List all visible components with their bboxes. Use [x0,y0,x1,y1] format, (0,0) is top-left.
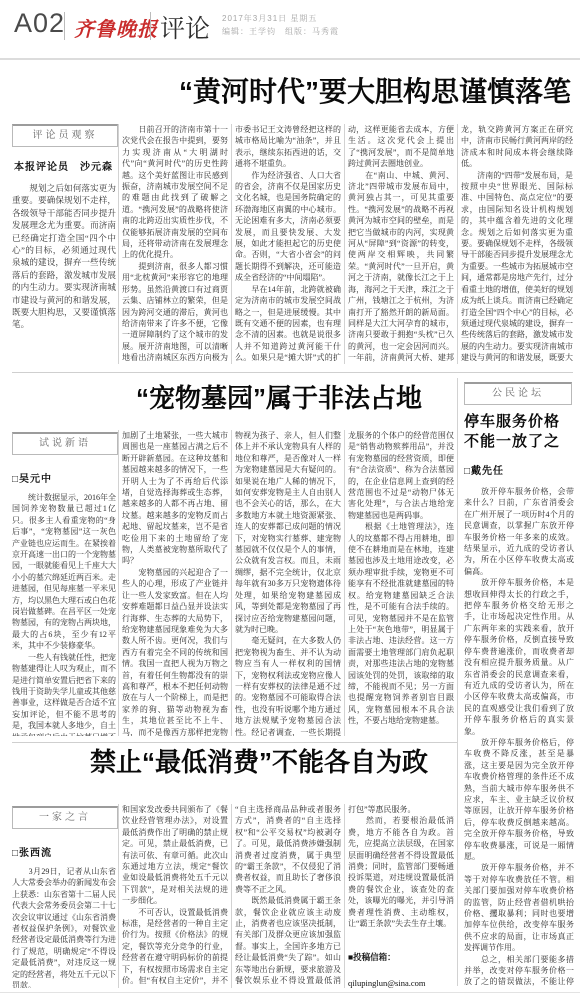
submission-box: ■投稿信箱： qilupinglun@sina.com [348,938,458,990]
column-rule [344,124,345,364]
column-rule [118,124,119,364]
column-rule [231,430,232,736]
headline-parking-price: 停车服务价格 不能一放了之 [464,412,574,453]
byline-minimum: □张西流 [12,844,52,859]
section-separator [12,742,457,743]
article-column: 统计数据显示，2016年全国饲养宠物数量已超过1亿只。很多主人看重宠物的“身后事… [12,492,116,736]
article-column: 市委书记王文涛曾经把这样的城市格局比喻为“油条”，并且表示，继续东拓西进的话，交… [235,124,341,364]
header-rule [0,58,580,60]
section-title: 评论 [160,9,210,45]
article-column: 和国家发改委共同颁布了《餐饮业经营管理办法》，对设置最低消费作出了明确的禁止规定… [122,804,228,988]
section-separator [12,372,573,373]
article-summary: 规划之后如何落实更为重要。要确保规划不走样，各级领导干部能否同步提升发展理念尤为… [12,182,116,364]
article-column: 动，这样更能省去成本，方便生活。这次党代会上提出了“携河发展”，而不是简单地跨过… [348,124,454,364]
article-column: 龙服务的个体户的经营范围仅是“销售动物殡葬用品”，并没有宠物墓园的经营资质，即便… [348,430,454,736]
column-rule [118,804,119,988]
header-divider [150,12,151,40]
article-column: 放开停车服务价格，会带来什么？日前，广东省消委会在广州开展了一项历时4个月的民意… [464,486,574,986]
column-rule [231,124,232,364]
article-column: “自主选择商品品种或者服务方式”，消费者的“自主选择权”和“公平交易权”均被剥夺… [235,804,341,988]
date-line: 2017年3月31日 星期五 [222,13,317,24]
headline-pet-cemetery: “宠物墓园”属于非法占地 [100,384,458,414]
headline-yellow-river: “黄河时代”要大胆构思谨慎落笔 [175,76,575,108]
kicker-new-words: 试说新语 [12,432,118,455]
submission-label: ■投稿信箱： [348,952,396,962]
column-rule [118,430,119,736]
article-column: 日前召开的济南市第十一次党代会在报告中提到，要努力实现济南从“大明湖时代”向“黄… [122,124,228,364]
headline-minimum-charge: 禁止“最低消费”不能各自为政 [60,748,458,778]
article-column: 龙，轨交跨黄河方案正在研究中，济南市民畅行黄河两岸的经济成本和时间成本将会继续降… [461,124,573,364]
staff-line: 编辑：王学钧 组版：马秀霞 [222,26,339,37]
kicker-citizen-forum: 公民论坛 [464,382,572,405]
byline-main: 本报评论员 沙元森 [14,158,113,173]
article-column: 加剧了土地紧张，一些大城市周围也是一座墓园占满之后不断开辟新墓园。在这种坟墓和墓… [122,430,228,736]
byline-parking: □戴先任 [464,462,504,477]
byline-pet: □吴元中 [12,470,52,485]
kicker-commentator-observation: 评论员观察 [12,124,118,147]
rail-rule [457,378,458,986]
masthead-logo: 齐鲁晚报 [74,13,158,42]
column-rule [344,804,345,988]
article-column: 打包”等惠民服务。 然而，若要根治最低消费，地方不能各自为政。首先，应提高立法层… [348,804,454,928]
article-column: 3月29日，记者从山东省人大常委会举办的新闻发布会上获悉：山东省第十二届人民代表… [12,866,116,988]
header-divider [64,12,65,40]
page-bottom-edge [0,992,580,993]
submission-email: qilupinglun@sina.com [348,978,425,988]
newspaper-page: A02 齐鲁晚报 评论 2017年3月31日 星期五 编辑：王学钧 组版：马秀霞… [0,0,580,995]
kicker-one-opinion: 一家之言 [12,806,118,829]
column-rule [457,124,458,364]
article-column: 物视为孩子、亲人，但人们整体上并不承认宠物具有人样的地位和尊严，是否像对人一样为… [235,430,341,736]
page-number: A02 [14,8,65,39]
column-rule [231,804,232,988]
column-rule [344,430,345,736]
